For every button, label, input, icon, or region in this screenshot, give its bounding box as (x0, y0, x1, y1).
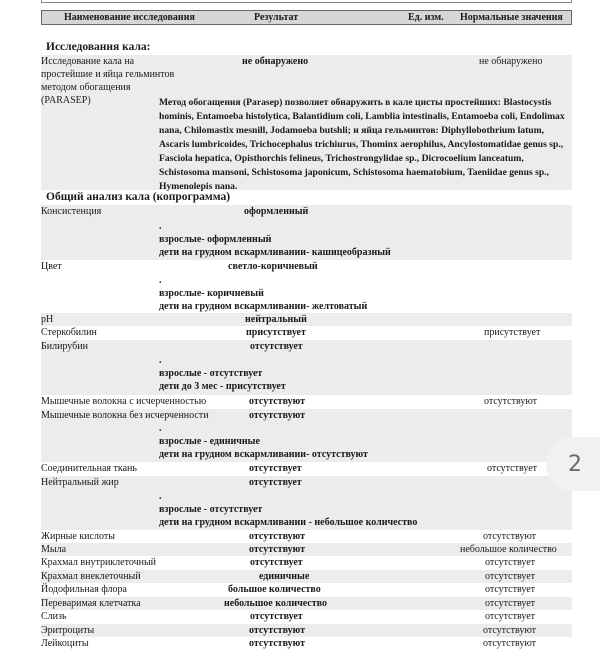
row-name: Стеркобилин (41, 326, 97, 339)
row-name: Консистенция (41, 205, 101, 218)
row-result: отсутствуют (249, 409, 305, 422)
row-note: . (159, 422, 162, 435)
row-norm: отсутствуют (484, 395, 537, 408)
table-row-color: Цвет светло-коричневый . взрослые- корич… (41, 260, 572, 313)
row-norm: отсутствует (485, 610, 535, 623)
table-row-starch-extracellular: Крахмал внеклеточный единичные отсутству… (41, 570, 572, 583)
row-result: отсутствуют (249, 543, 305, 556)
row-norm: отсутствует (485, 556, 535, 569)
section-title-coprogram: Общий анализ кала (копрограмма) (46, 191, 230, 203)
results-table-header: Наименование исследования Результат Ед. … (41, 10, 572, 25)
row-name: Нейтральный жир (41, 476, 119, 489)
row-note: дети до 3 мес - присутствует (159, 380, 286, 393)
row-result: единичные (259, 570, 309, 583)
row-result: небольшое количество (224, 597, 327, 610)
row-note: взрослые- коричневый (159, 287, 264, 300)
row-name: Жирные кислоты (41, 530, 115, 543)
row-name: Соединительная ткань (41, 462, 137, 475)
table-row-bilirubin: Билирубин отсутствует . взрослые - отсут… (41, 340, 572, 395)
row-name: Крахмал внутриклеточный (41, 556, 156, 569)
row-note: дети на грудном вскармливании - небольшо… (159, 516, 417, 529)
row-norm: небольшое количество (460, 543, 557, 556)
row-result: отсутствуют (249, 530, 305, 543)
table-row-leukocytes: Лейкоциты отсутствуют отсутствуют (41, 637, 572, 651)
row-name: Слизь (41, 610, 67, 623)
row-note: . (159, 274, 162, 287)
header-result: Результат (254, 11, 298, 24)
header-norm: Нормальные значения (460, 11, 563, 24)
row-norm: не обнаружено (479, 55, 542, 68)
table-row-muscle-fibers-striated: Мышечные волокна с исчерченностью отсутс… (41, 395, 572, 409)
table-row-soaps: Мыла отсутствуют небольшое количество (41, 543, 572, 556)
row-name: Цвет (41, 260, 62, 273)
row-name: pH (41, 313, 53, 326)
row-name: Мышечные волокна с исчерченностью (41, 395, 206, 408)
section-title-stool: Исследования кала: (46, 41, 150, 53)
row-norm: отсутствует (485, 570, 535, 583)
row-name: Эритроциты (41, 624, 94, 637)
row-note: взрослые- оформленный (159, 233, 271, 246)
row-note: . (159, 220, 162, 233)
previous-table-bottom-border (41, 0, 572, 3)
table-row-consistency: Консистенция оформленный . взрослые- офо… (41, 205, 572, 260)
row-result: отсутствуют (249, 624, 305, 637)
header-name: Наименование исследования (64, 11, 195, 24)
row-result: нейтральный (245, 313, 307, 326)
table-row-parasep: Исследование кала на простейшие и яйца г… (41, 55, 572, 190)
table-row-mucus: Слизь отсутствует отсутствует (41, 610, 572, 624)
table-row-fatty-acids: Жирные кислоты отсутствуют отсутствуют (41, 530, 572, 543)
row-norm: отсутствуют (483, 624, 536, 637)
row-result: присутствует (246, 326, 306, 339)
row-name: Йодофильная флора (41, 583, 127, 596)
table-row-digestible-fiber: Переваримая клетчатка небольшое количест… (41, 597, 572, 610)
table-row-starch-intracellular: Крахмал внутриклеточный отсутствует отсу… (41, 556, 572, 570)
row-result: большое количество (228, 583, 321, 596)
row-name: Лейкоциты (41, 637, 89, 650)
table-row-ph: pH нейтральный (41, 313, 572, 326)
row-norm: присутствует (484, 326, 540, 339)
row-result: отсутствует (249, 462, 302, 475)
row-name: Переваримая клетчатка (41, 597, 141, 610)
row-result: отсутствует (250, 610, 303, 623)
parasep-method-note: Метод обогащения (Parasep) позволяет обн… (159, 96, 569, 194)
row-result: отсутствует (250, 556, 303, 569)
row-note: взрослые - единичные (159, 435, 260, 448)
row-name: Мышечные волокна без исчерченности (41, 409, 209, 422)
row-name: Мыла (41, 543, 66, 556)
row-result: отсутствуют (249, 637, 305, 650)
row-note: дети на грудном вскармливании- желтоваты… (159, 300, 367, 313)
row-norm: отсутствует (485, 597, 535, 610)
row-norm: отсутствует (487, 462, 537, 475)
row-note: взрослые - отсутствует (159, 503, 262, 516)
row-note: . (159, 490, 162, 503)
table-row-sterkobilin: Стеркобилин присутствует присутствует (41, 326, 572, 340)
row-result: не обнаружено (242, 55, 308, 68)
row-note: взрослые - отсутствует (159, 367, 262, 380)
row-result: отсутствует (249, 476, 302, 489)
row-note: . (159, 354, 162, 367)
page-number-badge[interactable]: 2 (546, 437, 600, 491)
table-row-connective-tissue: Соединительная ткань отсутствует отсутст… (41, 462, 572, 476)
row-norm: отсутствует (485, 583, 535, 596)
row-note: дети на грудном вскармливании- отсутству… (159, 448, 368, 461)
row-result: оформленный (244, 205, 308, 218)
table-row-neutral-fat: Нейтральный жир отсутствует . взрослые -… (41, 476, 572, 530)
table-row-erythrocytes: Эритроциты отсутствуют отсутствуют (41, 624, 572, 637)
header-unit: Ед. изм. (408, 11, 444, 24)
row-note: дети на грудном вскармливании- кашицеобр… (159, 246, 391, 259)
table-row-muscle-fibers-unstriated: Мышечные волокна без исчерченности отсут… (41, 409, 572, 462)
table-row-iodophilic-flora: Йодофильная флора большое количество отс… (41, 583, 572, 597)
row-result: отсутствует (250, 340, 303, 353)
row-result: отсутствуют (249, 395, 305, 408)
row-norm: отсутствуют (483, 530, 536, 543)
row-name: Крахмал внеклеточный (41, 570, 141, 583)
row-result: светло-коричневый (228, 260, 318, 273)
row-norm: отсутствуют (483, 637, 536, 650)
row-name: Билирубин (41, 340, 88, 353)
